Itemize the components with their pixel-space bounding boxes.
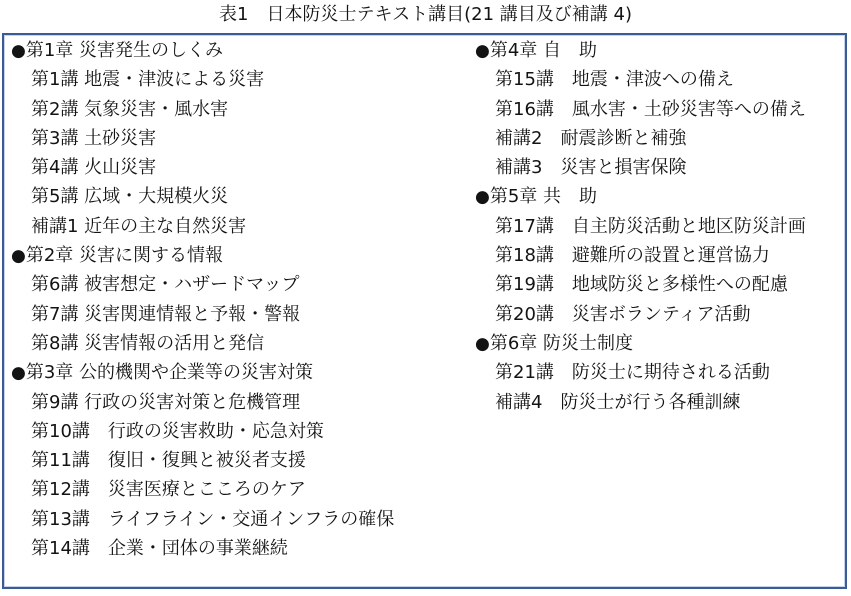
chapter-title: 第4章 自 助 [490,40,597,61]
lecture-title: 第6講 被害想定・ハザードマップ [31,274,299,295]
lecture-row: 補講4 防災士が行う各種訓練 [475,388,806,417]
lecture-row: 第7講 災害関連情報と予報・警報 [11,300,394,329]
left-column: ●第1章 災害発生のしくみ 第1講 地震・津波による災害 第2講 気象災害・風水… [11,36,394,563]
lecture-title: 第19講 地域防災と多様性への配慮 [495,274,788,295]
chapter-row: ●第6章 防災士制度 [475,329,806,358]
lecture-row: 第16講 風水害・土砂災害等への備え [475,95,806,124]
lecture-row: 第12講 災害医療とこころのケア [11,475,394,504]
chapter-title: 第3章 公的機関や企業等の災害対策 [26,362,313,383]
lecture-row: 第20講 災害ボランティア活動 [475,300,806,329]
lecture-title: 補講4 防災士が行う各種訓練 [495,392,740,413]
lecture-title: 第21講 防災士に期待される活動 [495,362,770,383]
chapter-title: 第6章 防災士制度 [490,333,633,354]
right-column: ●第4章 自 助 第15講 地震・津波への備え 第16講 風水害・土砂災害等への… [475,36,806,417]
lecture-row: 第13講 ライフライン・交通インフラの確保 [11,505,394,534]
lecture-title: 補講1 近年の主な自然災害 [31,216,246,237]
lecture-row: 第19講 地域防災と多様性への配慮 [475,270,806,299]
lecture-row: 第21講 防災士に期待される活動 [475,358,806,387]
bullet-icon: ● [475,183,490,212]
lecture-title: 第13講 ライフライン・交通インフラの確保 [31,509,394,530]
lecture-title: 第15講 地震・津波への備え [495,69,734,90]
lecture-title: 補講3 災害と損害保険 [495,157,686,178]
lecture-title: 第10講 行政の災害救助・応急対策 [31,421,324,442]
lecture-row: 第14講 企業・団体の事業継続 [11,534,394,563]
lecture-row: 第1講 地震・津波による災害 [11,65,394,94]
lecture-title: 第9講 行政の災害対策と危機管理 [31,392,300,413]
lecture-row: 補講2 耐震診断と補強 [475,124,806,153]
bullet-icon: ● [475,37,490,66]
lecture-table: ●第1章 災害発生のしくみ 第1講 地震・津波による災害 第2講 気象災害・風水… [2,33,847,589]
chapter-row: ●第4章 自 助 [475,36,806,65]
lecture-row: 補講3 災害と損害保険 [475,153,806,182]
lecture-title: 第2講 気象災害・風水害 [31,99,228,120]
lecture-row: 第17講 自主防災活動と地区防災計画 [475,212,806,241]
lecture-row: 第11講 復旧・復興と被災者支援 [11,446,394,475]
lecture-row: 第2講 気象災害・風水害 [11,95,394,124]
lecture-row: 第18講 避難所の設置と運営協力 [475,241,806,270]
lecture-title: 第4講 火山災害 [31,157,156,178]
lecture-title: 第18講 避難所の設置と運営協力 [495,245,770,266]
lecture-title: 第8講 災害情報の活用と発信 [31,333,264,354]
chapter-row: ●第3章 公的機関や企業等の災害対策 [11,358,394,387]
lecture-title: 第16講 風水害・土砂災害等への備え [495,99,806,120]
lecture-title: 第11講 復旧・復興と被災者支援 [31,450,306,471]
lecture-row: 補講1 近年の主な自然災害 [11,212,394,241]
chapter-title: 第2章 災害に関する情報 [26,245,223,266]
bullet-icon: ● [475,330,490,359]
lecture-title: 補講2 耐震診断と補強 [495,128,686,149]
chapter-row: ●第1章 災害発生のしくみ [11,36,394,65]
chapter-title: 第1章 災害発生のしくみ [26,40,223,61]
bullet-icon: ● [11,242,26,271]
lecture-row: 第5講 広域・大規模火災 [11,182,394,211]
lecture-title: 第20講 災害ボランティア活動 [495,304,750,325]
chapter-row: ●第2章 災害に関する情報 [11,241,394,270]
bullet-icon: ● [11,37,26,66]
lecture-title: 第5講 広域・大規模火災 [31,186,228,207]
lecture-row: 第6講 被害想定・ハザードマップ [11,270,394,299]
lecture-row: 第3講 土砂災害 [11,124,394,153]
table-caption: 表1 日本防災士テキスト講目(21 講目及び補講 4) [0,2,851,28]
lecture-row: 第4講 火山災害 [11,153,394,182]
lecture-title: 第7講 災害関連情報と予報・警報 [31,304,300,325]
chapter-row: ●第5章 共 助 [475,182,806,211]
lecture-row: 第15講 地震・津波への備え [475,65,806,94]
chapter-title: 第5章 共 助 [490,186,597,207]
bullet-icon: ● [11,359,26,388]
lecture-row: 第9講 行政の災害対策と危機管理 [11,388,394,417]
lecture-title: 第12講 災害医療とこころのケア [31,479,306,500]
lecture-title: 第1講 地震・津波による災害 [31,69,264,90]
lecture-title: 第17講 自主防災活動と地区防災計画 [495,216,806,237]
lecture-title: 第14講 企業・団体の事業継続 [31,538,288,559]
lecture-title: 第3講 土砂災害 [31,128,156,149]
lecture-row: 第8講 災害情報の活用と発信 [11,329,394,358]
lecture-row: 第10講 行政の災害救助・応急対策 [11,417,394,446]
